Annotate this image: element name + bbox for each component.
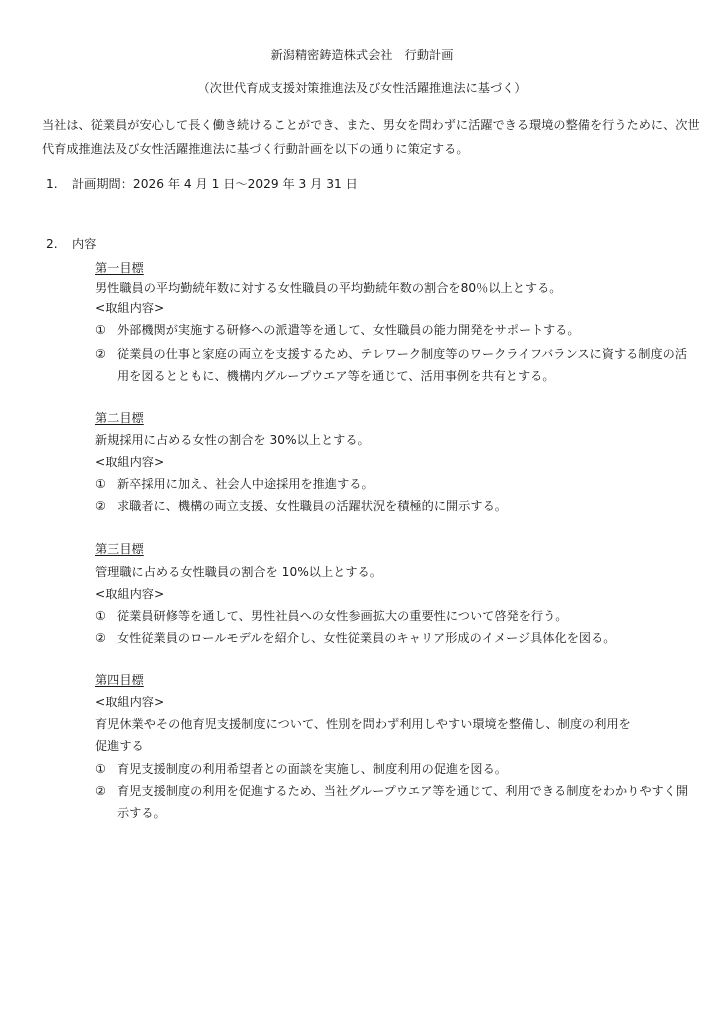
section-1-number: 1. (46, 176, 72, 192)
section-1: 1.計画期間：2026 年 4 月 1 日～2029 年 3 月 31 日 (46, 176, 358, 192)
document-subtitle: （次世代育成支援対策推進法及び女性活躍推進法に基づく） (0, 80, 724, 96)
item-text: 求職者に、機構の両立支援、女性職員の活躍状況を積極的に開示する。 (117, 499, 507, 513)
document-title: 新潟精密鋳造株式会社 行動計画 (0, 47, 724, 63)
item-text: 外部機関が実施する研修への派遣等を通して、女性職員の能力開発をサポートする。 (117, 323, 580, 337)
item-marker: ① (95, 322, 117, 338)
item-marker: ② (95, 498, 117, 514)
goal-1-item-2-cont: 用を図るとともに、機構内グループウエア等を通じて、活用事例を共有とする。 (117, 368, 555, 384)
goal-2-title: 第二目標 (95, 410, 144, 426)
item-marker: ② (95, 783, 117, 799)
goal-4-description-2: 促進する (95, 738, 144, 754)
goal-4-item-2-cont: 示する。 (117, 805, 166, 821)
goal-1-item-1: ①外部機関が実施する研修への派遣等を通して、女性職員の能力開発をサポートする。 (95, 322, 580, 338)
goal-4-item-1: ①育児支援制度の利用希望者との面談を実施し、制度利用の促進を図る。 (95, 761, 507, 777)
item-marker: ② (95, 630, 117, 646)
intro-line-2: 代育成推進法及び女性活躍推進法に基づく行動計画を以下の通りに策定する。 (42, 141, 469, 157)
item-text: 新卒採用に加え、社会人中途採用を推進する。 (117, 477, 374, 491)
goal-1-title: 第一目標 (95, 260, 144, 276)
goal-2-target: 新規採用に占める女性の割合を 30%以上とする。 (95, 432, 370, 448)
section-2-heading: 2.内容 (46, 236, 96, 252)
goal-2-item-1: ①新卒採用に加え、社会人中途採用を推進する。 (95, 476, 374, 492)
goal-1-item-2: ②従業員の仕事と家庭の両立を支援するため、テレワーク制度等のワークライフバランス… (95, 346, 687, 362)
item-marker: ① (95, 476, 117, 492)
item-marker: ① (95, 608, 117, 624)
item-text: 従業員研修等を通して、男性社員への女性参画拡大の重要性について啓発を行う。 (117, 609, 567, 623)
section-2-title: 内容 (72, 237, 96, 251)
item-marker: ① (95, 761, 117, 777)
goal-4-item-2: ②育児支援制度の利用を促進するため、当社グループウエア等を通じて、利用できる制度… (95, 783, 688, 799)
plan-period: 計画期間：2026 年 4 月 1 日～2029 年 3 月 31 日 (72, 177, 358, 191)
goal-2-item-2: ②求職者に、機構の両立支援、女性職員の活躍状況を積極的に開示する。 (95, 498, 507, 514)
goal-3-item-1: ①従業員研修等を通して、男性社員への女性参画拡大の重要性について啓発を行う。 (95, 608, 567, 624)
goal-3-target: 管理職に占める女性職員の割合を 10%以上とする。 (95, 564, 382, 580)
goal-3-measures-label: <取組内容> (95, 586, 164, 602)
item-text: 育児支援制度の利用を促進するため、当社グループウエア等を通じて、利用できる制度を… (117, 784, 688, 798)
item-text: 女性従業員のロールモデルを紹介し、女性従業員のキャリア形成のイメージ具体化を図る… (117, 631, 615, 645)
section-2-number: 2. (46, 236, 72, 252)
goal-1-target: 男性職員の平均勤続年数に対する女性職員の平均勤続年数の割合を80％以上とする。 (95, 280, 561, 296)
item-text: 従業員の仕事と家庭の両立を支援するため、テレワーク制度等のワークライフバランスに… (117, 347, 687, 361)
goal-4-measures-label: <取組内容> (95, 694, 164, 710)
goal-4-title: 第四目標 (95, 672, 144, 688)
item-text: 育児支援制度の利用希望者との面談を実施し、制度利用の促進を図る。 (117, 762, 507, 776)
goal-1-measures-label: <取組内容> (95, 300, 164, 316)
goal-3-title: 第三目標 (95, 541, 144, 557)
intro-line-1: 当社は、従業員が安心して長く働き続けることができ、また、男女を問わずに活躍できる… (42, 117, 700, 133)
item-marker: ② (95, 346, 117, 362)
goal-2-measures-label: <取組内容> (95, 454, 164, 470)
goal-4-description-1: 育児休業やその他育児支援制度について、性別を問わず利用しやすい環境を整備し、制度… (95, 716, 631, 732)
goal-3-item-2: ②女性従業員のロールモデルを紹介し、女性従業員のキャリア形成のイメージ具体化を図… (95, 630, 615, 646)
